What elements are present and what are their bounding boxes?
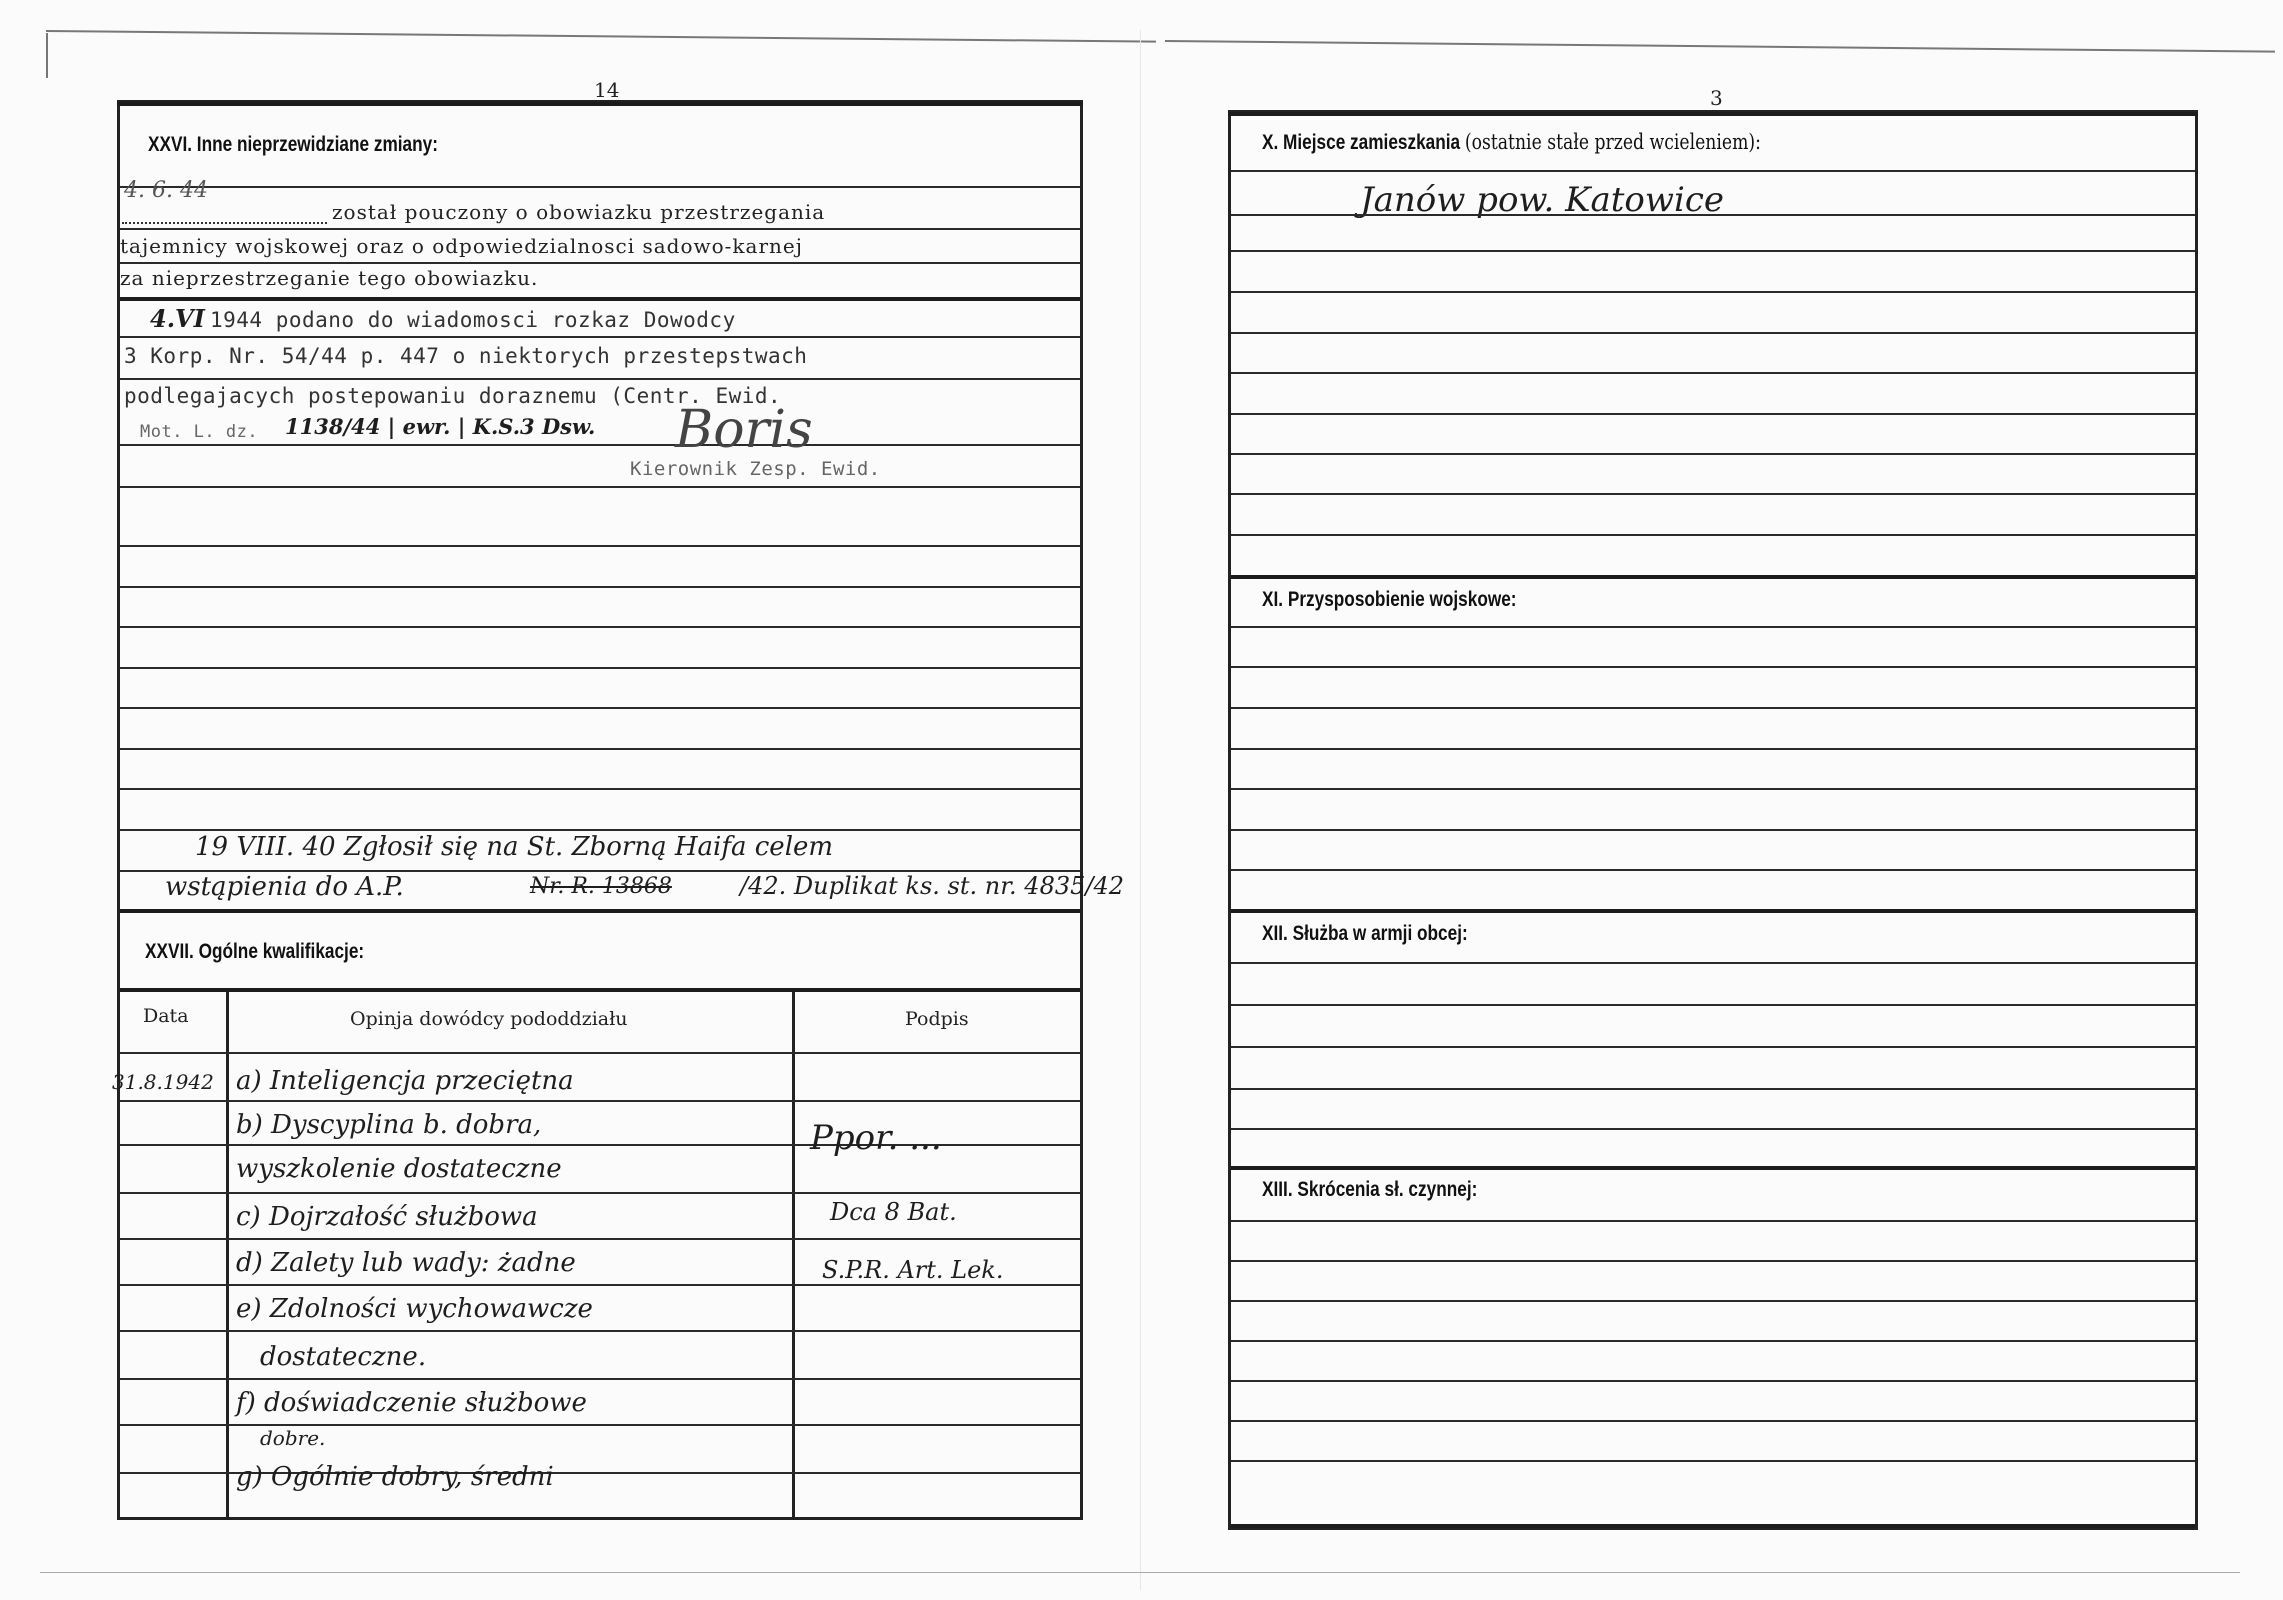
section-x-title-note: (ostatnie stałe przed wcieleniem): xyxy=(1465,130,1761,154)
section-xxvii-title: XXVII. Ogólne kwalifikacje: xyxy=(145,940,364,964)
rule xyxy=(1231,453,2195,455)
rule xyxy=(120,297,1080,301)
opinion-line: b) Dyscyplina b. dobra, xyxy=(236,1110,541,1140)
opinion-line: dostateczne. xyxy=(260,1342,426,1372)
rule xyxy=(120,486,1080,488)
section-xiii-title: XIII. Skrócenia sł. czynnej: xyxy=(1262,1178,1477,1202)
rule xyxy=(1231,1300,2195,1302)
rule xyxy=(1231,250,2195,252)
commander-unit-line: S.P.R. Art. Lek. xyxy=(822,1256,1003,1284)
rule xyxy=(1231,788,2195,790)
rule xyxy=(120,788,1080,790)
rule xyxy=(120,336,1080,338)
rule xyxy=(120,1378,1080,1380)
printed-line-2: tajemnicy wojskowej oraz o odpowiedzialn… xyxy=(120,234,803,258)
rule xyxy=(120,545,1080,547)
opinion-line: g) Ogólnie dobry, średni xyxy=(236,1462,554,1492)
handwritten-date-xxvi: 4. 6. 44 xyxy=(124,178,208,203)
rule xyxy=(120,626,1080,628)
table-col-divider-2 xyxy=(792,992,795,1520)
stamp-line-1: 1944 podano do wiadomosci rozkaz Dowodcy xyxy=(210,308,736,332)
rule xyxy=(1231,1088,2195,1090)
rule xyxy=(1231,1128,2195,1130)
rule xyxy=(1231,1260,2195,1262)
opinion-line: e) Zdolności wychowawcze xyxy=(236,1294,593,1324)
rule xyxy=(120,1192,1080,1194)
table-header-signature: Podpis xyxy=(905,1008,969,1030)
rule xyxy=(1231,493,2195,495)
rule xyxy=(1231,214,2195,216)
printed-line-3: za nieprzestrzeganie tego obowiazku. xyxy=(120,266,538,290)
rule xyxy=(120,1052,1080,1054)
section-xxvi-title: XXVI. Inne nieprzewidziane zmiany: xyxy=(148,133,438,157)
rule xyxy=(1231,1524,2195,1528)
rule xyxy=(1231,962,2195,964)
section-x-title: X. Miejsce zamieszkania (ostatnie stałe … xyxy=(1262,130,1761,155)
signature-caption: Kierownik Zesp. Ewid. xyxy=(630,458,881,480)
opinion-line: c) Dojrzałość służbowa xyxy=(236,1202,538,1232)
stamp-line-2: 3 Korp. Nr. 54/44 p. 447 o niektorych pr… xyxy=(124,344,807,368)
section-xi-title: XI. Przysposobienie wojskowe: xyxy=(1262,588,1517,612)
rule xyxy=(120,1330,1080,1332)
section-xii-title: XII. Służba w armji obcej: xyxy=(1262,922,1468,946)
rule xyxy=(120,909,1080,913)
rule xyxy=(120,586,1080,588)
table-header-opinion: Opinja dowódcy pododdziału xyxy=(350,1008,628,1030)
rule xyxy=(120,1238,1080,1240)
right-page-frame xyxy=(1228,110,2198,1530)
opinion-line: wyszkolenie dostateczne xyxy=(236,1154,562,1184)
paper-bottom-edge xyxy=(40,1572,2240,1573)
paper-top-edge-right xyxy=(1165,40,2275,53)
rule xyxy=(1231,626,2195,628)
hand-note-struck: Nr. R. 13868 xyxy=(530,874,672,899)
stamp-line-4-prefix: Mot. L. dz. xyxy=(140,422,258,442)
rule xyxy=(1231,1004,2195,1006)
rule xyxy=(120,262,1080,264)
rule xyxy=(1228,112,2198,116)
rule xyxy=(1231,291,2195,293)
rule xyxy=(120,667,1080,669)
rule xyxy=(1231,666,2195,668)
paper-top-edge-left xyxy=(46,30,1156,43)
page-number-left: 14 xyxy=(594,78,619,102)
left-top-rule xyxy=(117,102,1083,106)
rule xyxy=(1231,372,2195,374)
table-header-data: Data xyxy=(143,1005,189,1027)
rule xyxy=(1231,332,2195,334)
rule xyxy=(1231,748,2195,750)
rule xyxy=(120,748,1080,750)
rule xyxy=(120,707,1080,709)
rule xyxy=(1231,909,2195,913)
hand-note-line-2-suffix: /42. Duplikat ks. st. nr. 4835/42 xyxy=(740,872,1124,900)
rule xyxy=(120,228,1080,230)
rule xyxy=(1231,1046,2195,1048)
book-spine xyxy=(1140,30,1141,1590)
opinion-line: a) Inteligencja przeciętna xyxy=(236,1066,574,1096)
opinion-line: f) doświadczenie służbowe xyxy=(236,1388,587,1418)
table-col-divider-1 xyxy=(226,992,229,1520)
rule xyxy=(1231,1166,2195,1170)
stamp-date-handwritten: 4.VI xyxy=(150,304,205,333)
opinion-line: dobre. xyxy=(260,1426,325,1450)
rule xyxy=(1231,1340,2195,1342)
rule xyxy=(1231,1460,2195,1462)
rule xyxy=(1231,869,2195,871)
rule xyxy=(1231,413,2195,415)
rule xyxy=(1231,534,2195,536)
rule xyxy=(1231,575,2195,579)
signature-kierownik: Boris xyxy=(675,400,813,460)
rule xyxy=(120,988,1080,992)
hand-note-line-1: 19 VIII. 40 Zgłosił się na St. Zborną Ha… xyxy=(195,832,833,862)
stamp-line-4-handwritten: 1138/44 | ewr. | K.S.3 Dsw. xyxy=(285,414,595,439)
rule xyxy=(1231,829,2195,831)
rule xyxy=(1231,1420,2195,1422)
commander-signature: Ppor. ... xyxy=(810,1118,942,1158)
rule xyxy=(1231,1380,2195,1382)
page-number-right: 3 xyxy=(1710,86,1723,110)
rule xyxy=(120,829,1080,831)
date-dotted-line xyxy=(122,222,327,224)
qualification-date: 31.8.1942 xyxy=(112,1070,214,1094)
rule xyxy=(1231,707,2195,709)
rule xyxy=(120,1284,1080,1286)
commander-unit-line: Dca 8 Bat. xyxy=(830,1198,957,1226)
rule xyxy=(1231,1220,2195,1222)
printed-line-1: został pouczony o obowiazku przestrzegan… xyxy=(332,200,825,224)
rule xyxy=(120,444,1080,446)
paper-left-edge xyxy=(46,33,48,78)
section-x-title-bold: X. Miejsce zamieszkania xyxy=(1262,131,1460,154)
opinion-line: d) Zalety lub wady: żadne xyxy=(236,1248,576,1278)
hand-note-line-2: wstąpienia do A.P. xyxy=(165,872,404,902)
rule xyxy=(1231,170,2195,172)
rule xyxy=(120,378,1080,380)
rule xyxy=(120,1100,1080,1102)
rule xyxy=(120,186,1080,188)
